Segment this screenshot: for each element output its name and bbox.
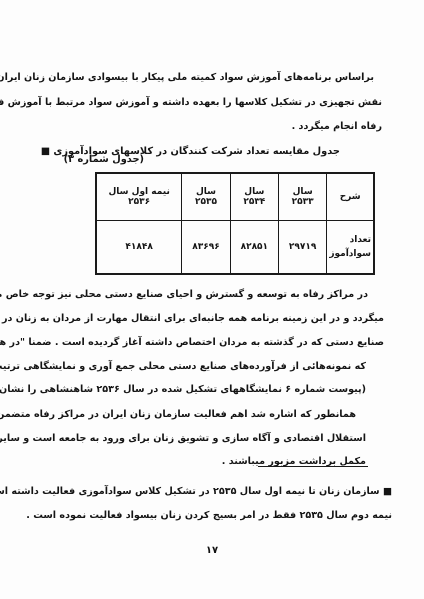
table-number: (جدول شماره ۳): [64, 154, 144, 166]
value-cell: ۴۱۸۴۸: [96, 221, 182, 275]
paragraph2-line1: در مراکز رفاه به توسعه و گسترش و احیای ص…: [0, 289, 368, 301]
table-row: تعداد سوادآموز ۲۹۷۱۹ ۸۲۸۵۱ ۸۳۶۹۶ ۴۱۸۴۸: [96, 221, 374, 275]
paragraph1-line2: نقش تجهیزی در تشکیل کلاسها را بعهده داشت…: [0, 97, 382, 109]
value-cell: ۲۹۷۱۹: [278, 221, 326, 275]
row-label-line2: سوادآموز: [329, 247, 371, 261]
footnote-line2: نیمه دوم سال ۲۵۳۵ فقط در امر بسیج کردن ز…: [26, 510, 392, 522]
participants-table: شرح سال ۲۵۳۳ سال ۲۵۳۴ سال ۲۵۳۵ نیمه اول …: [95, 172, 375, 275]
row-label-line1: تعداد: [329, 233, 371, 247]
header-cell: سال ۲۵۳۳: [278, 173, 326, 221]
paragraph2-line3: صنایع دستی که در گذشته به مردان اختصاص د…: [0, 337, 384, 349]
paragraph2-line5: (پیوست شماره ۶ نمایشگاههای تشکیل شده در …: [0, 384, 366, 396]
footnote-divider: [258, 466, 368, 467]
paragraph1-line1: براساس برنامه‌های آموزش سواد کمیته ملی پ…: [0, 72, 374, 84]
paragraph3-line1: همانطور که اشاره شد اهم فعالیت سازمان زن…: [0, 409, 356, 421]
paragraph1-line3: رفاه انجام میگردد .: [292, 121, 382, 133]
header-cell: نیمه اول سال ۲۵۳۶: [96, 173, 182, 221]
footnote-line1: ■ سازمان زنان تا نیمه اول سال ۲۵۳۵ در تش…: [0, 486, 392, 498]
row-label-cell: تعداد سوادآموز: [327, 221, 374, 275]
header-cell: سال ۲۵۳۵: [182, 173, 230, 221]
paragraph2-line2: میگردد و در این زمینه برنامه همه جانبه‌ا…: [0, 313, 384, 325]
header-cell: شرح: [327, 173, 374, 221]
value-cell: ۸۲۸۵۱: [230, 221, 278, 275]
table-header-row: شرح سال ۲۵۳۳ سال ۲۵۳۴ سال ۲۵۳۵ نیمه اول …: [96, 173, 374, 221]
header-cell: سال ۲۵۳۴: [230, 173, 278, 221]
page-number: ۱۷: [0, 545, 424, 556]
value-cell: ۸۳۶۹۶: [182, 221, 230, 275]
paragraph3-line2: استقلال اقتصادی و آگاه سازی و تشویق زنان…: [0, 433, 366, 445]
paragraph2-line4: که نمونه‌هائی از فرآورده‌های صنایع دستی …: [0, 361, 366, 373]
document-page: براساس برنامه‌های آموزش سواد کمیته ملی پ…: [0, 0, 424, 599]
